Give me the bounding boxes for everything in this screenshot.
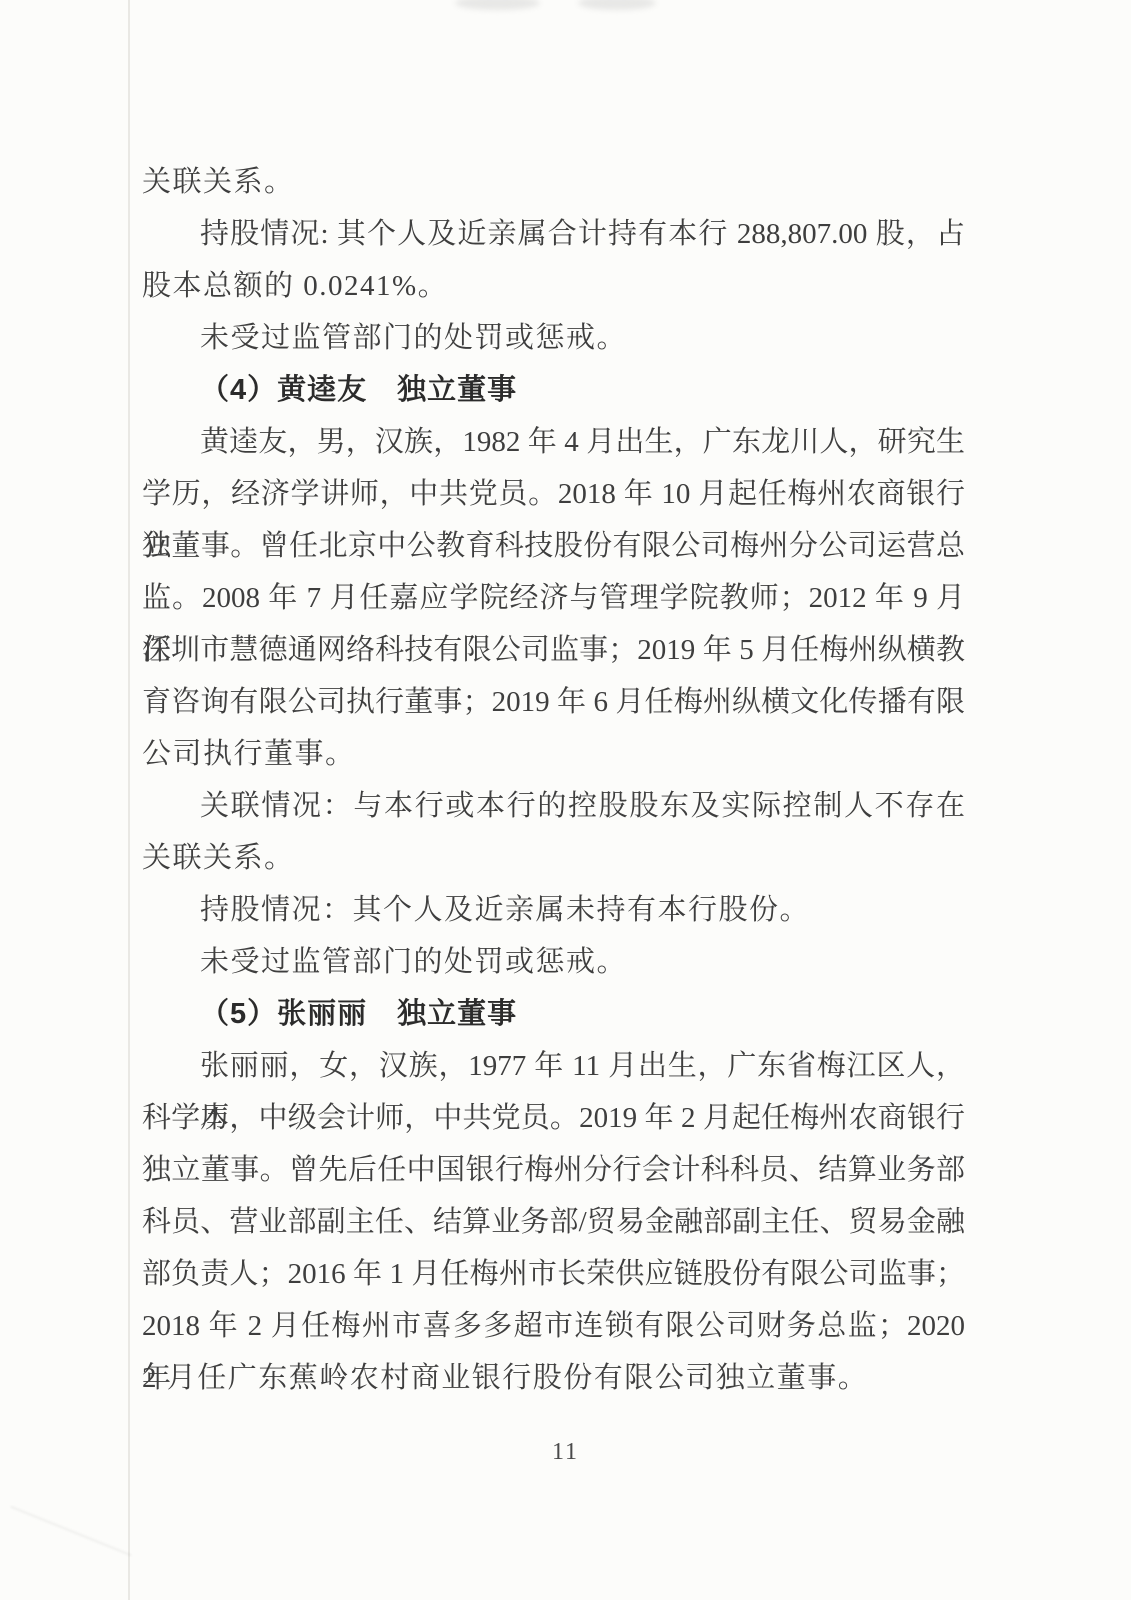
text-line: 股本总额的 0.0241%。	[142, 260, 965, 312]
scan-smudge	[578, 0, 656, 10]
section-heading-5: （5）张丽丽 独立董事	[142, 988, 965, 1040]
document-page: 关联关系。 持股情况: 其个人及近亲属合计持有本行 288,807.00 股，占…	[0, 0, 1131, 1600]
text-line: 公司执行董事。	[142, 728, 965, 780]
text-line: 未受过监管部门的处罚或惩戒。	[142, 312, 965, 364]
text-line: 深圳市慧德通网络科技有限公司监事；2019 年 5 月任梅州纵横教	[142, 624, 965, 676]
scan-smudge	[455, 0, 540, 10]
text-line: 张丽丽，女，汉族，1977 年 11 月出生，广东省梅江区人，本	[142, 1040, 965, 1092]
text-line: 黄逵友，男，汉族，1982 年 4 月出生，广东龙川人，研究生	[142, 416, 965, 468]
text-line: 科员、营业部副主任、结算业务部/贸易金融部副主任、贸易金融	[142, 1196, 965, 1248]
text-line: 部负责人；2016 年 1 月任梅州市长荣供应链股份有限公司监事；	[142, 1248, 965, 1300]
text-line: 关联关系。	[142, 156, 965, 208]
text-line: 持股情况：其个人及近亲属未持有本行股份。	[142, 884, 965, 936]
text-line: 监。2008 年 7 月任嘉应学院经济与管理学院教师；2012 年 9 月任	[142, 572, 965, 624]
text-line: 学历，经济学讲师，中共党员。2018 年 10 月起任梅州农商银行独	[142, 468, 965, 520]
page-number: 11	[0, 1432, 1131, 1472]
text-line: 科学历，中级会计师，中共党员。2019 年 2 月起任梅州农商银行	[142, 1092, 965, 1144]
scan-fold-line	[128, 0, 130, 1600]
text-line: 持股情况: 其个人及近亲属合计持有本行 288,807.00 股，占	[142, 208, 965, 260]
text-line: 育咨询有限公司执行董事；2019 年 6 月任梅州纵横文化传播有限	[142, 676, 965, 728]
text-line: 关联关系。	[142, 832, 965, 884]
scan-streak	[10, 1506, 131, 1557]
document-body: 关联关系。 持股情况: 其个人及近亲属合计持有本行 288,807.00 股，占…	[142, 156, 965, 1404]
text-line: 关联情况：与本行或本行的控股股东及实际控制人不存在	[142, 780, 965, 832]
text-line: 2018 年 2 月任梅州市喜多多超市连锁有限公司财务总监；2020 年	[142, 1300, 965, 1352]
section-heading-4: （4）黄逵友 独立董事	[142, 364, 965, 416]
text-line: 立董事。曾任北京中公教育科技股份有限公司梅州分公司运营总	[142, 520, 965, 572]
text-line: 2 月任广东蕉岭农村商业银行股份有限公司独立董事。	[142, 1352, 965, 1404]
text-line: 未受过监管部门的处罚或惩戒。	[142, 936, 965, 988]
text-line: 独立董事。曾先后任中国银行梅州分行会计科科员、结算业务部	[142, 1144, 965, 1196]
